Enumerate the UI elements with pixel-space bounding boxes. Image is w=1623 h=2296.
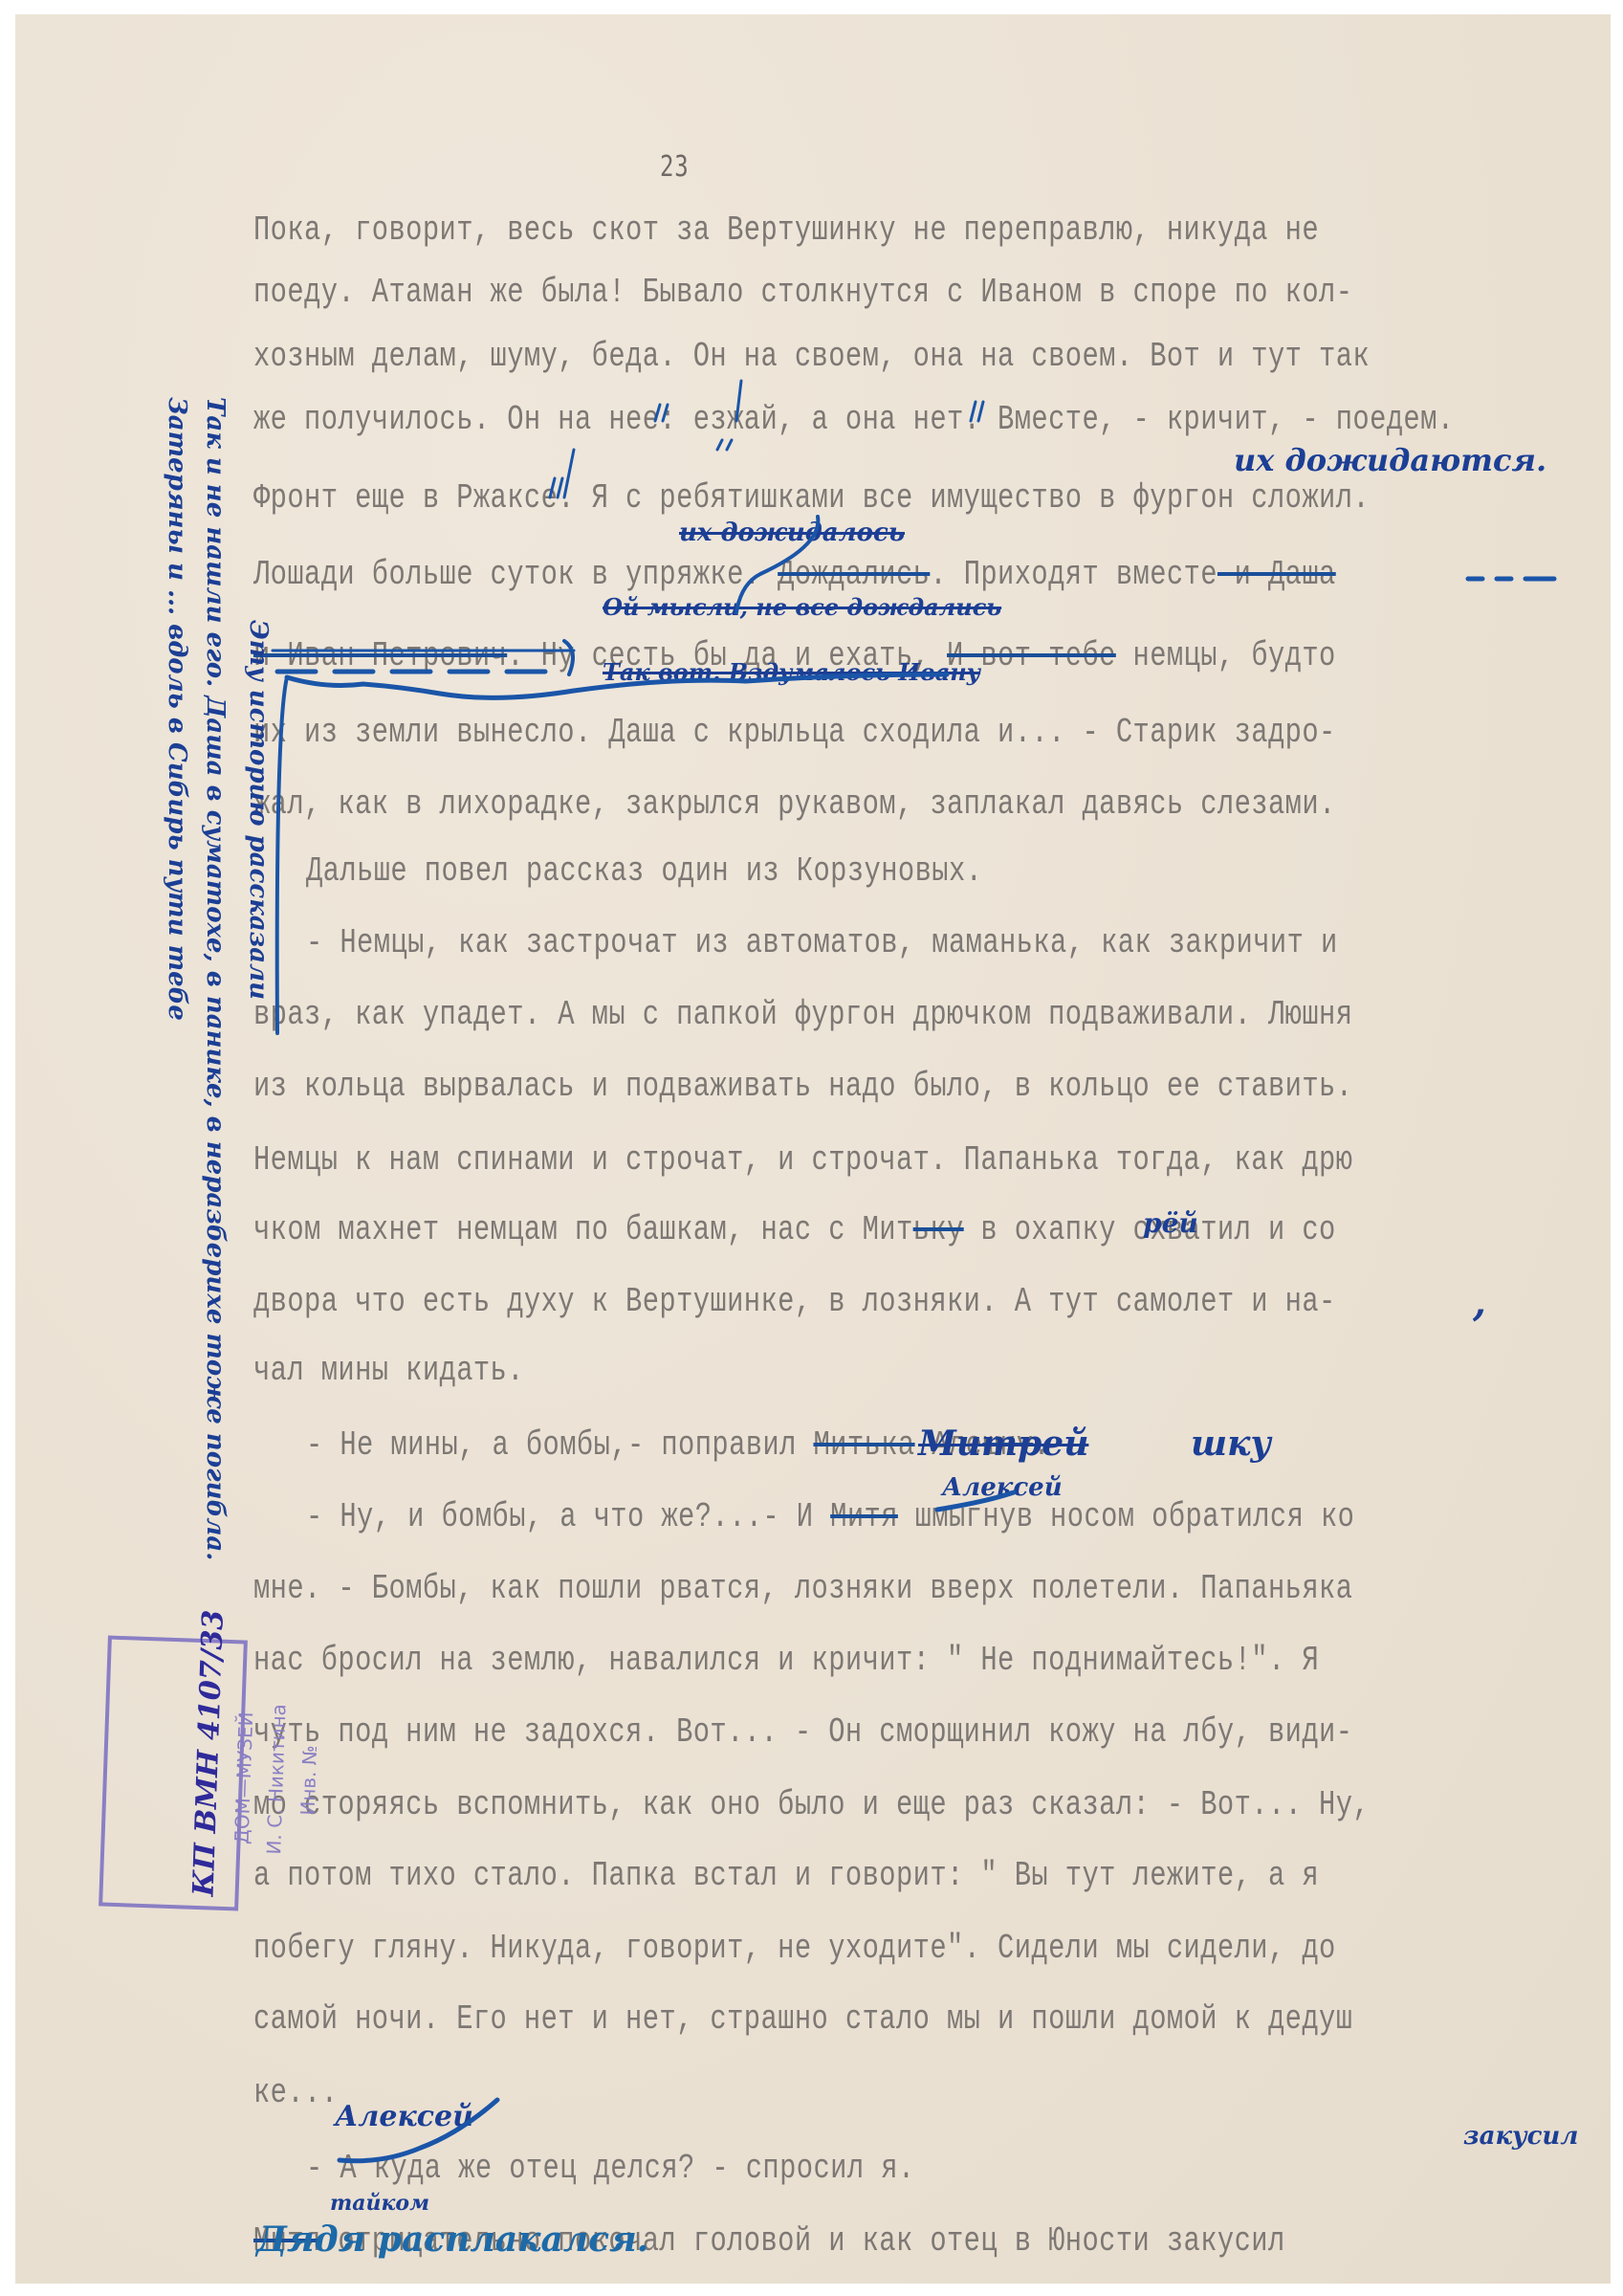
margin-note: Так и не нашли его. Даша в суматохе, в п… <box>201 397 230 1560</box>
typed-line-21: нас бросил на землю, навалился и кричит:… <box>253 1641 1325 1680</box>
typed-line-11: - Немцы, как застрочат из автоматов, мам… <box>306 923 1377 962</box>
typed-line-23: мо сторяясь вспомнить, как оно было и ещ… <box>253 1785 1325 1824</box>
typed-line-22: чуть под ним не задохся. Вот... - Он смо… <box>253 1712 1325 1752</box>
struck-text: Митька <box>813 1425 914 1465</box>
handwritten-insert-struck: Так вот. Вздумалось Ивану <box>603 658 980 686</box>
handwritten-comma: , <box>1473 1280 1486 1325</box>
typed-line-20: мне. - Бомбы, как пошли рватся, лозняки … <box>253 1569 1325 1608</box>
typed-line-24: а потом тихо стало. Папка встал и говори… <box>253 1856 1325 1895</box>
handwritten-insert: Алексей <box>942 1473 1063 1502</box>
handwritten-insert: рёй <box>1143 1207 1198 1239</box>
struck-text: Дождались <box>778 555 930 594</box>
typed-line-1: Пока, говорит, весь скот за Вертушинку н… <box>253 210 1325 250</box>
typed-line-28: - А куда же отец делся? - спросил я. <box>306 2149 1377 2188</box>
handwritten-insert-struck: Митрей <box>918 1424 1088 1464</box>
typed-line-4: же получилось. Он на нее: езжай, а она н… <box>253 400 1325 439</box>
margin-note: Эту историю рассказали <box>244 620 273 1000</box>
typed-text: - Не мины, а бомбы,- поправил <box>306 1425 813 1465</box>
handwritten-insert-struck: их дожидалось <box>679 519 905 547</box>
typed-text: - Ну, и бомбы, а что же?...- И <box>306 1497 830 1536</box>
typed-line-19: - Ну, и бомбы, а что же?...- И Митя шмыг… <box>306 1497 1377 1536</box>
typed-line-17: чал мины кидать. <box>253 1351 1325 1390</box>
handwritten-insert: Алексей <box>335 2100 473 2133</box>
typed-text: чком махнет немцам по башкам, нас с Мит <box>253 1210 913 1249</box>
typed-text: Лошади больше суток в упряжке. <box>253 555 778 594</box>
handwritten-insert: тайком <box>330 2191 429 2216</box>
handwritten-insert: закусил <box>1463 2122 1578 2151</box>
museum-stamp: ДОМ—МУЗЕЙ И. С. Никитина Инв. № КП ВМН 4… <box>99 1636 248 1911</box>
typed-line-16: двора что есть духу к Вертушинке, в лозн… <box>253 1282 1325 1321</box>
typed-line-10: Дальше повел рассказ один из Корзуновых. <box>306 851 1377 891</box>
typed-line-13: из кольца вырвалась и подваживать надо б… <box>253 1067 1325 1106</box>
struck-text: и Иван Петрович <box>253 636 507 675</box>
typed-text: шмыгнув носом обратился ко <box>898 1497 1354 1536</box>
margin-note: Затеряны и ... вдоль в Сибирь пути тебе <box>163 397 191 1021</box>
typed-line-3: хозным делам, шуму, беда. Он на своем, о… <box>253 337 1325 376</box>
typed-line-25: побегу гляну. Никуда, говорит, не уходит… <box>253 1929 1325 1968</box>
typed-line-14: Немцы к нам спинами и строчат, и строчат… <box>253 1140 1325 1180</box>
struck-text: и Даша <box>1217 555 1336 594</box>
typed-line-12: враз, как упадет. А мы с папкой фургон д… <box>253 995 1325 1034</box>
typed-line-5: Фронт еще в Ржаксе. Я с ребятишками все … <box>253 478 1325 518</box>
typed-line-6: Лошади больше суток в упряжке. Дождались… <box>253 555 1325 594</box>
typed-text: . Приходят вместе <box>930 555 1217 594</box>
typed-text: немцы, будто <box>1116 636 1336 675</box>
typed-line-9: жал, как в лихорадке, закрылся рукавом, … <box>253 784 1325 824</box>
typed-line-26: самой ночи. Его нет и нет, страшно стало… <box>253 1999 1325 2039</box>
page-number: 23 <box>660 150 690 184</box>
typed-line-8: их из земли вынесло. Даша с крыльца сход… <box>253 713 1325 752</box>
handwritten-insert: шку <box>1191 1424 1271 1464</box>
handwritten-insert: их дожидаются. <box>1234 442 1546 478</box>
handwritten-insert-struck: Ой мысли, не все дождались <box>603 593 1001 621</box>
struck-text: Митя <box>830 1497 898 1536</box>
struck-text: ьку <box>913 1210 964 1249</box>
handwritten-final-line: Дядя расплакался. <box>256 2219 648 2260</box>
typed-line-2: поеду. Атаман же была! Бывало столкнутся… <box>253 273 1325 312</box>
